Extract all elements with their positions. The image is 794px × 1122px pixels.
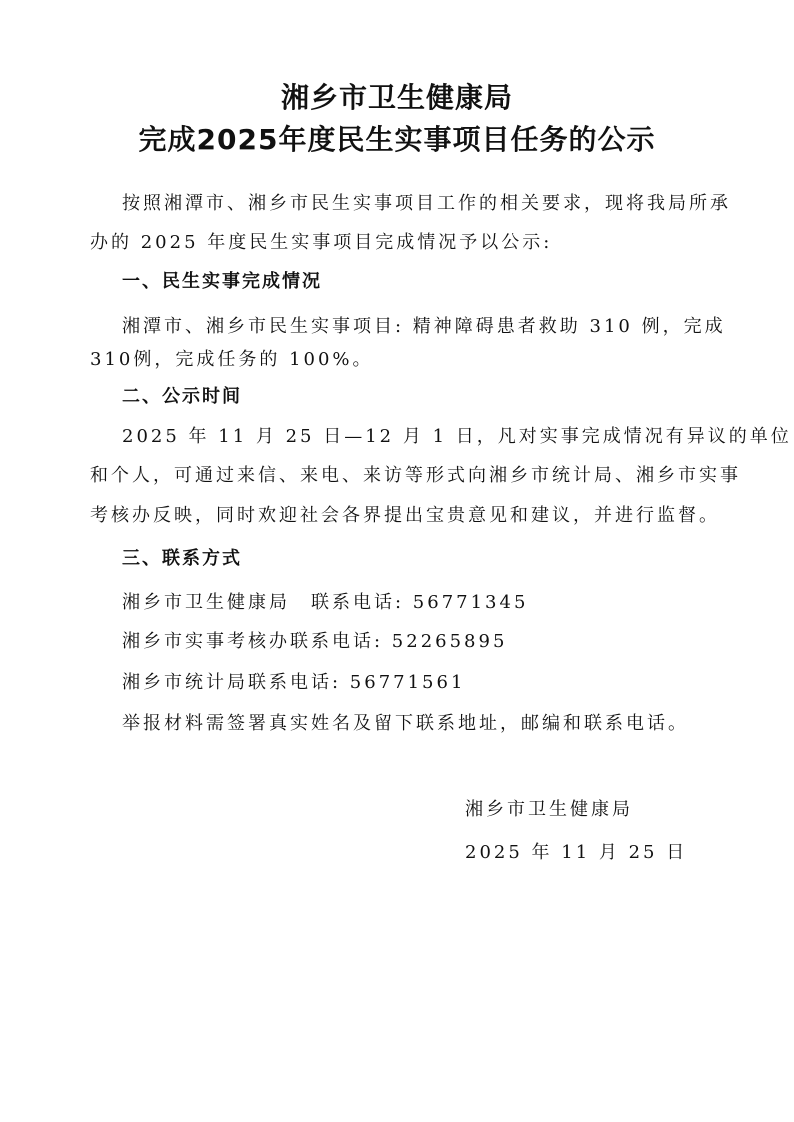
document-title-line1: 湘乡市卫生健康局 bbox=[0, 78, 794, 118]
intro-paragraph-line2: 办的 2025 年度民生实事项目完成情况予以公示: bbox=[90, 230, 552, 256]
contact-statistics-bureau: 湘乡市统计局联系电话: 56771561 bbox=[122, 670, 465, 696]
signature-org: 湘乡市卫生健康局 bbox=[465, 797, 633, 823]
section1-heading: 一、民生实事完成情况 bbox=[122, 269, 322, 295]
document-title-line2: 完成2025年度民生实事项目任务的公示 bbox=[0, 120, 794, 160]
intro-paragraph-line1: 按照湘潭市、湘乡市民生实事项目工作的相关要求，现将我局所承 bbox=[122, 191, 692, 217]
section3-heading: 三、联系方式 bbox=[122, 546, 242, 572]
section2-heading: 二、公示时间 bbox=[122, 384, 242, 410]
section1-line2: 310例，完成任务的 100%。 bbox=[90, 347, 374, 373]
section2-line2: 和个人，可通过来信、来电、来访等形式向湘乡市统计局、湘乡市实事 bbox=[90, 463, 690, 489]
section2-line3: 考核办反映，同时欢迎社会各界提出宝贵意见和建议，并进行监督。 bbox=[90, 503, 720, 529]
section1-line1: 湘潭市、湘乡市民生实事项目: 精神障碍患者救助 310 例，完成 bbox=[122, 314, 692, 340]
section2-line1: 2025 年 11 月 25 日—12 月 1 日，凡对实事完成情况有异议的单位 bbox=[122, 424, 692, 450]
contact-assessment-office: 湘乡市实事考核办联系电话: 52265895 bbox=[122, 629, 507, 655]
signature-date: 2025 年 11 月 25 日 bbox=[465, 840, 687, 866]
report-note: 举报材料需签署真实姓名及留下联系地址，邮编和联系电话。 bbox=[122, 711, 689, 737]
contact-health-bureau: 湘乡市卫生健康局 联系电话: 56771345 bbox=[122, 590, 528, 616]
